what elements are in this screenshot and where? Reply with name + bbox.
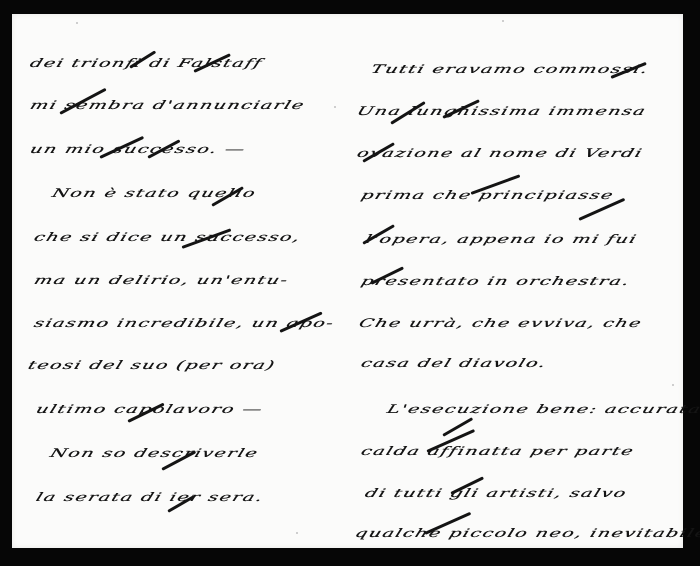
- letter-paper: dei trionfi di Falstaff mi sembra d'annu…: [12, 14, 683, 548]
- paper-speck: [76, 22, 78, 24]
- handwritten-line: presentato in orchestra.: [359, 274, 632, 288]
- paper-speck: [672, 384, 674, 386]
- handwritten-line: casa del diavolo.: [359, 356, 549, 370]
- left-page: dei trionfi di Falstaff mi sembra d'annu…: [12, 14, 345, 548]
- handwritten-line: qualche piccolo neo, inevitabile: [353, 526, 700, 540]
- handwritten-line: Che urrà, che evviva, che: [357, 316, 644, 330]
- handwritten-line: L'esecuzione bene: accurata,: [385, 402, 700, 416]
- paper-speck: [502, 20, 504, 22]
- paper-speck: [334, 106, 336, 108]
- handwritten-line: ovazione al nome di Verdi: [355, 146, 645, 160]
- handwritten-line: teosi del suo (per ora): [26, 358, 277, 372]
- scan-background: dei trionfi di Falstaff mi sembra d'annu…: [0, 0, 700, 566]
- handwritten-line: prima che principiasse: [359, 188, 616, 202]
- handwritten-line: ma un delirio, un'entu-: [32, 273, 291, 287]
- handwritten-line: un mio successo. —: [28, 142, 248, 156]
- handwritten-line: la serata di ier sera.: [34, 490, 265, 504]
- right-page: Tutti eravamo commossi. Una lunghissima …: [345, 14, 683, 548]
- handwritten-line: Non so descriverle: [48, 446, 260, 460]
- handwritten-line: di tutti gli artisti, salvo: [363, 486, 629, 500]
- handwritten-line: che si dice un successo,: [32, 230, 303, 244]
- handwritten-line: l'opera, appena io mi fui: [363, 232, 639, 246]
- handwritten-line: calda affinatta per parte: [359, 444, 636, 458]
- handwritten-line: Tutti eravamo commossi.: [369, 62, 651, 76]
- paper-speck: [296, 532, 298, 534]
